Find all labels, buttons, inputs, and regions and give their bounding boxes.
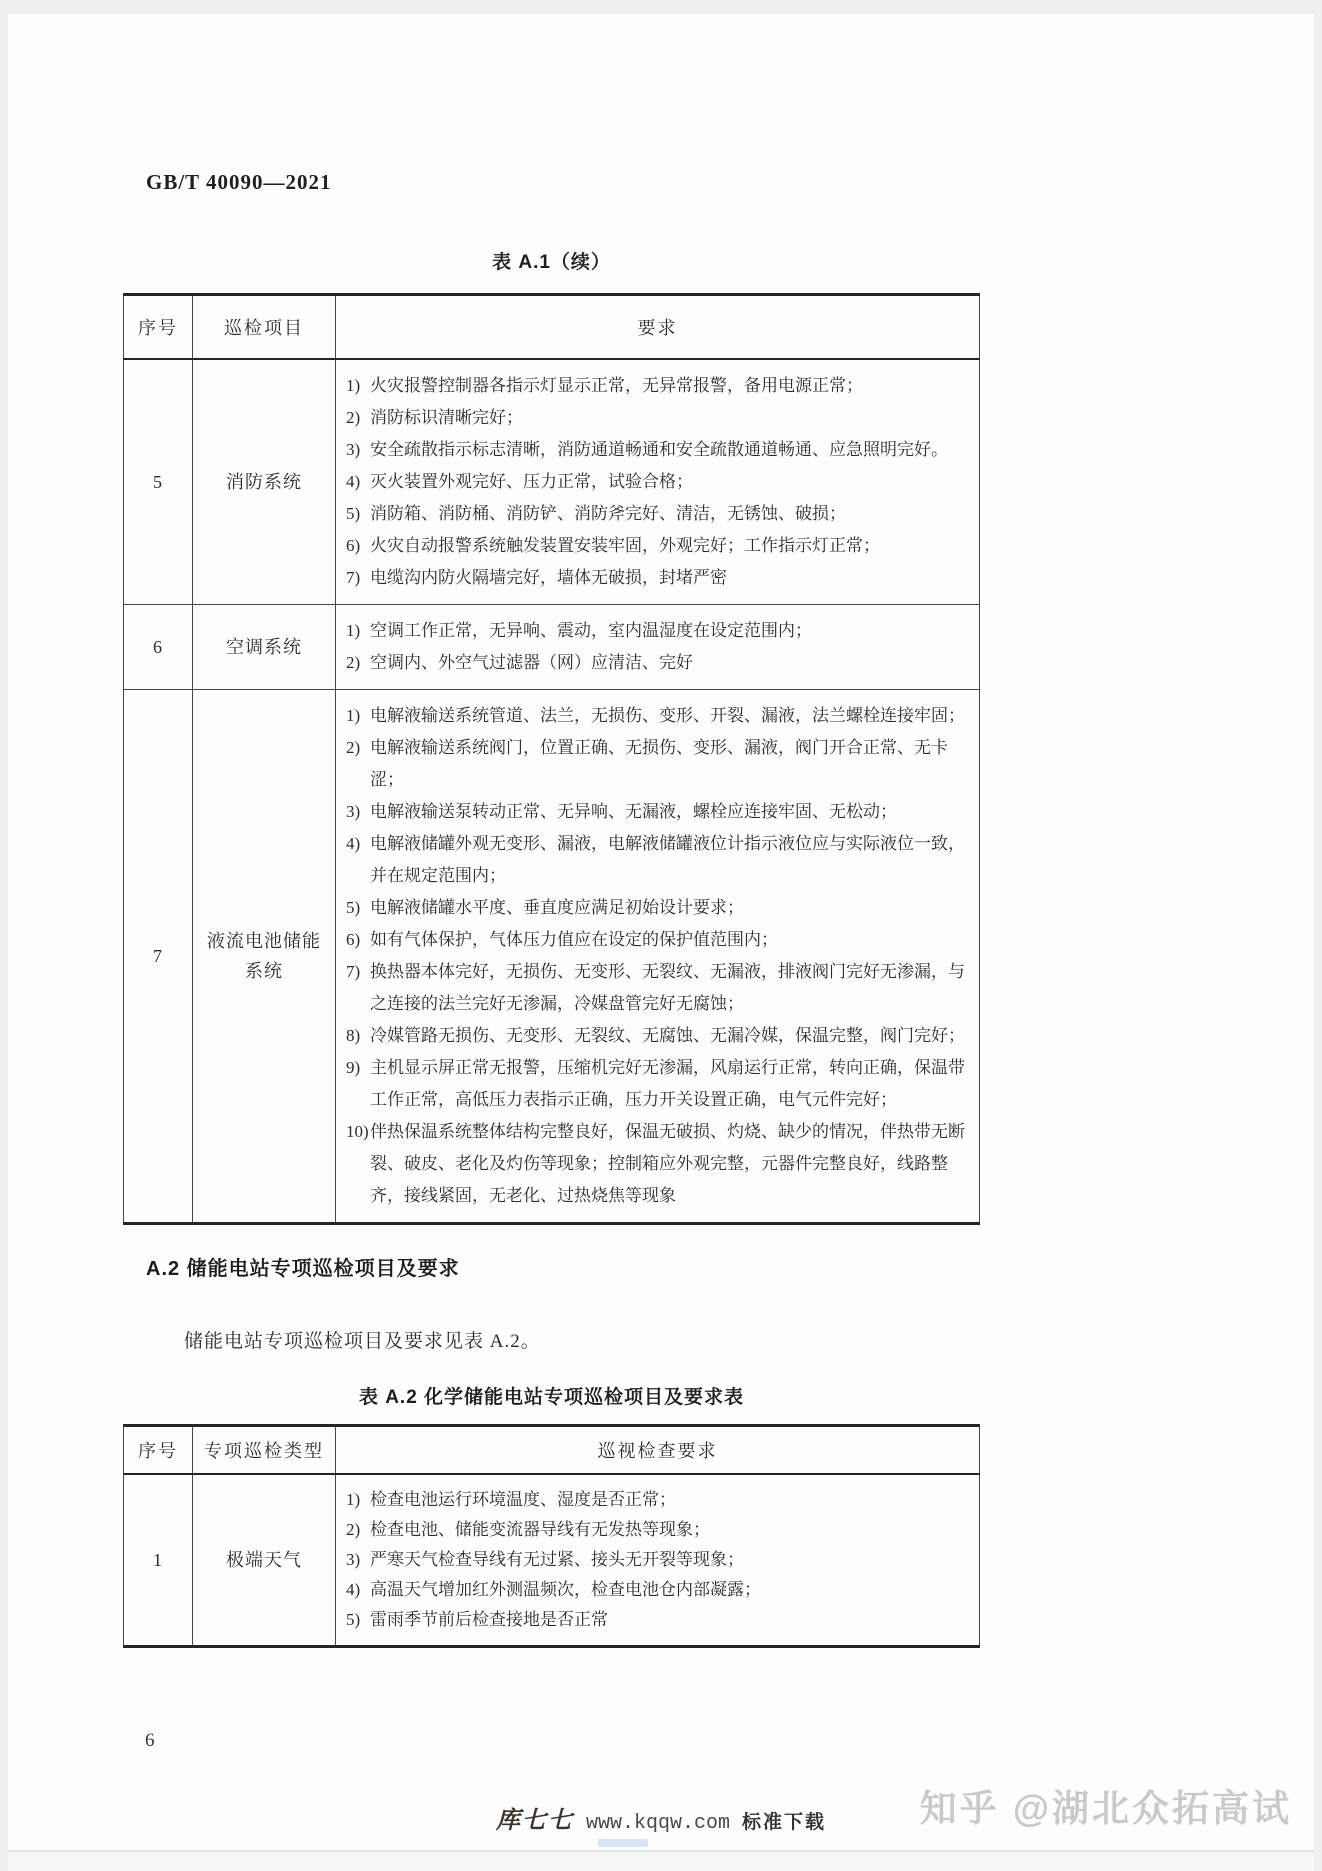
requirement-text: 主机显示屏正常无报警，压缩机完好无渗漏，风扇运行正常，转向正确，保温带工作正常，… bbox=[370, 1052, 973, 1116]
row-item-name: 极端天气 bbox=[193, 1474, 336, 1647]
document-page: GB/T 40090—2021 表 A.1（续） 序号巡检项目要求5消防系统1)… bbox=[8, 14, 1314, 1852]
requirement-text: 电解液储罐水平度、垂直度应满足初始设计要求； bbox=[370, 892, 973, 924]
requirement-line: 5)消防箱、消防桶、消防铲、消防斧完好、清洁，无锈蚀、破损； bbox=[338, 498, 973, 530]
requirement-text: 电解液输送系统阀门，位置正确、无损伤、变形、漏液，阀门开合正常、无卡涩； bbox=[370, 732, 973, 796]
requirement-line: 6)火灾自动报警系统触发装置安装牢固，外观完好；工作指示灯正常； bbox=[338, 530, 973, 562]
row-number: 6 bbox=[124, 605, 193, 690]
table-header-row: 序号专项巡检类型巡视检查要求 bbox=[124, 1426, 980, 1475]
table-a1-title: 表 A.1（续） bbox=[123, 247, 980, 274]
requirement-number: 9) bbox=[338, 1052, 370, 1116]
row-number: 5 bbox=[124, 359, 193, 605]
requirement-line: 7)换热器本体完好，无损伤、无变形、无裂纹、无漏液，排液阀门完好无渗漏，与之连接… bbox=[338, 956, 973, 1020]
requirement-text: 电解液输送泵转动正常、无异响、无漏液，螺栓应连接牢固、无松动； bbox=[370, 796, 973, 828]
requirement-text: 检查电池运行环境温度、湿度是否正常； bbox=[370, 1485, 973, 1515]
page-bottom-strip bbox=[8, 1852, 1314, 1871]
requirement-number: 7) bbox=[338, 562, 370, 594]
requirement-number: 3) bbox=[338, 434, 370, 466]
requirement-number: 3) bbox=[338, 1545, 370, 1575]
requirement-text: 火灾自动报警系统触发装置安装牢固，外观完好；工作指示灯正常； bbox=[370, 530, 973, 562]
table-a1: 序号巡检项目要求5消防系统1)火灾报警控制器各指示灯显示正常，无异常报警，备用电… bbox=[123, 293, 980, 1225]
requirement-text: 安全疏散指示标志清晰，消防通道畅通和安全疏散通道畅通、应急照明完好。 bbox=[370, 434, 973, 466]
requirement-line: 7)电缆沟内防火隔墙完好，墙体无破损，封堵严密 bbox=[338, 562, 973, 594]
requirement-number: 1) bbox=[338, 1485, 370, 1515]
row-requirements: 1)电解液输送系统管道、法兰，无损伤、变形、开裂、漏液，法兰螺栓连接牢固；2)电… bbox=[336, 690, 980, 1224]
requirement-number: 4) bbox=[338, 828, 370, 892]
row-number: 7 bbox=[124, 690, 193, 1224]
requirement-number: 2) bbox=[338, 647, 370, 679]
requirement-line: 3)严寒天气检查导线有无过紧、接头无开裂等现象； bbox=[338, 1545, 973, 1575]
table-row: 6空调系统1)空调工作正常，无异响、震动，室内温湿度在设定范围内；2)空调内、外… bbox=[124, 605, 980, 690]
requirement-line: 3)电解液输送泵转动正常、无异响、无漏液，螺栓应连接牢固、无松动； bbox=[338, 796, 973, 828]
section-a2-heading: A.2 储能电站专项巡检项目及要求 bbox=[146, 1252, 460, 1281]
requirement-line: 2)检查电池、储能变流器导线有无发热等现象； bbox=[338, 1515, 973, 1545]
requirement-text: 灭火装置外观完好、压力正常，试验合格； bbox=[370, 466, 973, 498]
requirement-text: 空调工作正常，无异响、震动，室内温湿度在设定范围内； bbox=[370, 615, 973, 647]
watermark: 知乎 @湖北众拓高试 bbox=[920, 1778, 1292, 1832]
requirement-line: 4)高温天气增加红外测温频次，检查电池仓内部凝露； bbox=[338, 1575, 973, 1605]
column-header: 序号 bbox=[124, 1426, 193, 1475]
row-item-name: 空调系统 bbox=[193, 605, 336, 690]
column-header: 巡检项目 bbox=[193, 295, 336, 360]
requirement-line: 4)灭火装置外观完好、压力正常，试验合格； bbox=[338, 466, 973, 498]
requirement-text: 雷雨季节前后检查接地是否正常 bbox=[370, 1605, 973, 1635]
requirement-text: 电解液储罐外观无变形、漏液，电解液储罐液位计指示液位应与实际液位一致，并在规定范… bbox=[370, 828, 973, 892]
requirement-text: 电缆沟内防火隔墙完好，墙体无破损，封堵严密 bbox=[370, 562, 973, 594]
requirement-line: 8)冷媒管路无损伤、无变形、无裂纹、无腐蚀、无漏冷媒，保温完整，阀门完好； bbox=[338, 1020, 973, 1052]
requirement-number: 8) bbox=[338, 1020, 370, 1052]
requirement-number: 10) bbox=[338, 1116, 370, 1212]
requirement-line: 2)电解液输送系统阀门，位置正确、无损伤、变形、漏液，阀门开合正常、无卡涩； bbox=[338, 732, 973, 796]
requirement-line: 5)雷雨季节前后检查接地是否正常 bbox=[338, 1605, 973, 1635]
requirement-text: 火灾报警控制器各指示灯显示正常，无异常报警，备用电源正常； bbox=[370, 370, 973, 402]
requirement-text: 检查电池、储能变流器导线有无发热等现象； bbox=[370, 1515, 973, 1545]
table-row: 7液流电池储能 系统1)电解液输送系统管道、法兰，无损伤、变形、开裂、漏液，法兰… bbox=[124, 690, 980, 1224]
requirement-line: 10)伴热保温系统整体结构完整良好，保温无破损、灼烧、缺少的情况，伴热带无断裂、… bbox=[338, 1116, 973, 1212]
requirement-line: 2)空调内、外空气过滤器（网）应清洁、完好 bbox=[338, 647, 973, 679]
requirement-number: 2) bbox=[338, 1515, 370, 1545]
requirement-line: 4)电解液储罐外观无变形、漏液，电解液储罐液位计指示液位应与实际液位一致，并在规… bbox=[338, 828, 973, 892]
requirement-number: 5) bbox=[338, 1605, 370, 1635]
requirement-text: 空调内、外空气过滤器（网）应清洁、完好 bbox=[370, 647, 973, 679]
section-a2-paragraph: 储能电站专项巡检项目及要求见表 A.2。 bbox=[184, 1326, 541, 1353]
requirement-text: 消防标识清晰完好； bbox=[370, 402, 973, 434]
requirement-line: 5)电解液储罐水平度、垂直度应满足初始设计要求； bbox=[338, 892, 973, 924]
requirement-text: 电解液输送系统管道、法兰，无损伤、变形、开裂、漏液，法兰螺栓连接牢固； bbox=[370, 700, 973, 732]
page-number: 6 bbox=[145, 1730, 155, 1752]
requirement-line: 1)空调工作正常，无异响、震动，室内温湿度在设定范围内； bbox=[338, 615, 973, 647]
footer-brand-logo: 库七七 bbox=[496, 1808, 574, 1834]
requirement-number: 4) bbox=[338, 466, 370, 498]
requirement-number: 5) bbox=[338, 892, 370, 924]
requirement-line: 9)主机显示屏正常无报警，压缩机完好无渗漏，风扇运行正常，转向正确，保温带工作正… bbox=[338, 1052, 973, 1116]
row-requirements: 1)火灾报警控制器各指示灯显示正常，无异常报警，备用电源正常；2)消防标识清晰完… bbox=[336, 359, 980, 605]
row-item-name: 液流电池储能 系统 bbox=[193, 690, 336, 1224]
bottom-blue-mark bbox=[598, 1839, 648, 1847]
document-number: GB/T 40090—2021 bbox=[146, 170, 332, 195]
table-row: 5消防系统1)火灾报警控制器各指示灯显示正常，无异常报警，备用电源正常；2)消防… bbox=[124, 359, 980, 605]
table-header-row: 序号巡检项目要求 bbox=[124, 295, 980, 360]
requirement-number: 1) bbox=[338, 615, 370, 647]
requirement-text: 冷媒管路无损伤、无变形、无裂纹、无腐蚀、无漏冷媒，保温完整，阀门完好； bbox=[370, 1020, 973, 1052]
requirement-text: 严寒天气检查导线有无过紧、接头无开裂等现象； bbox=[370, 1545, 973, 1575]
requirement-text: 换热器本体完好，无损伤、无变形、无裂纹、无漏液，排液阀门完好无渗漏，与之连接的法… bbox=[370, 956, 973, 1020]
table-a2: 序号专项巡检类型巡视检查要求1极端天气1)检查电池运行环境温度、湿度是否正常；2… bbox=[123, 1424, 980, 1648]
requirement-line: 1)电解液输送系统管道、法兰，无损伤、变形、开裂、漏液，法兰螺栓连接牢固； bbox=[338, 700, 973, 732]
requirement-line: 3)安全疏散指示标志清晰，消防通道畅通和安全疏散通道畅通、应急照明完好。 bbox=[338, 434, 973, 466]
requirement-number: 1) bbox=[338, 700, 370, 732]
requirement-line: 1)火灾报警控制器各指示灯显示正常，无异常报警，备用电源正常； bbox=[338, 370, 973, 402]
requirement-text: 伴热保温系统整体结构完整良好，保温无破损、灼烧、缺少的情况，伴热带无断裂、破皮、… bbox=[370, 1116, 973, 1212]
requirement-number: 3) bbox=[338, 796, 370, 828]
footer-download-label: 标准下载 bbox=[742, 1812, 826, 1833]
requirement-number: 2) bbox=[338, 402, 370, 434]
requirement-number: 7) bbox=[338, 956, 370, 1020]
requirement-text: 消防箱、消防桶、消防铲、消防斧完好、清洁，无锈蚀、破损； bbox=[370, 498, 973, 530]
column-header: 专项巡检类型 bbox=[193, 1426, 336, 1475]
column-header: 巡视检查要求 bbox=[336, 1426, 980, 1475]
table-a2-title: 表 A.2 化学储能电站专项巡检项目及要求表 bbox=[123, 1382, 980, 1409]
column-header: 要求 bbox=[336, 295, 980, 360]
requirement-line: 1)检查电池运行环境温度、湿度是否正常； bbox=[338, 1485, 973, 1515]
requirement-number: 6) bbox=[338, 924, 370, 956]
row-number: 1 bbox=[124, 1474, 193, 1647]
requirement-number: 4) bbox=[338, 1575, 370, 1605]
row-item-name: 消防系统 bbox=[193, 359, 336, 605]
requirement-text: 如有气体保护，气体压力值应在设定的保护值范围内； bbox=[370, 924, 973, 956]
requirement-number: 6) bbox=[338, 530, 370, 562]
requirement-text: 高温天气增加红外测温频次，检查电池仓内部凝露； bbox=[370, 1575, 973, 1605]
requirement-number: 2) bbox=[338, 732, 370, 796]
requirement-line: 2)消防标识清晰完好； bbox=[338, 402, 973, 434]
table-row: 1极端天气1)检查电池运行环境温度、湿度是否正常；2)检查电池、储能变流器导线有… bbox=[124, 1474, 980, 1647]
row-requirements: 1)空调工作正常，无异响、震动，室内温湿度在设定范围内；2)空调内、外空气过滤器… bbox=[336, 605, 980, 690]
row-requirements: 1)检查电池运行环境温度、湿度是否正常；2)检查电池、储能变流器导线有无发热等现… bbox=[336, 1474, 980, 1647]
column-header: 序号 bbox=[124, 295, 193, 360]
requirement-number: 1) bbox=[338, 370, 370, 402]
requirement-number: 5) bbox=[338, 498, 370, 530]
footer-url: www.kqqw.com bbox=[586, 1812, 730, 1835]
requirement-line: 6)如有气体保护，气体压力值应在设定的保护值范围内； bbox=[338, 924, 973, 956]
